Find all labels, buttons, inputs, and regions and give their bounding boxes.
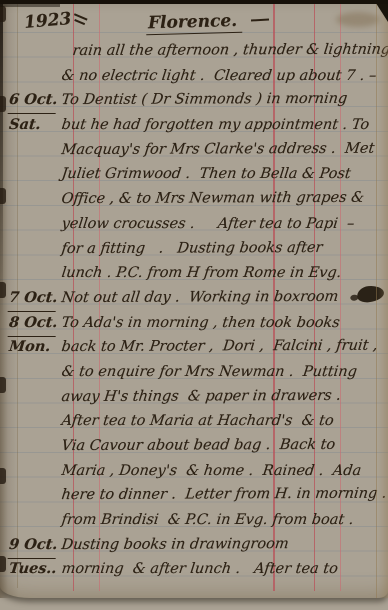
diary-line: 9 Oct. Dusting books in drawingroom [0,533,388,558]
page-edge-right [376,0,388,598]
line-text: from Brindisi & P.C. in Evg. from boat . [60,508,388,533]
margin-date [0,212,60,237]
margin-date: 7 Oct. [0,286,60,311]
diary-line: here to dinner . Letter from H. in morni… [0,483,388,508]
margin-date [0,237,60,262]
margin-date [0,483,60,508]
diary-line: away H's things & paper in drawers . [0,385,388,410]
diary-line: lunch . P.C. from H from Rome in Evg. [0,261,388,286]
page-header: 1923 Florence. [0,8,388,38]
line-text: yellow crocusses . After tea to Papi – [60,212,388,237]
line-text: morning & after lunch . After tea to [60,557,388,582]
margin-date [0,409,60,434]
margin-date [0,508,60,533]
diary-line: & to enquire for Mrs Newman . Putting [0,360,388,385]
notebook-scan: 1923 Florence. rain all the afternoon , … [0,0,388,610]
margin-date [0,39,60,64]
title-dash [251,19,269,22]
diary-line: Office , & to Mrs Newman with grapes & [0,187,388,212]
diary-line: Via Cavour about bead bag . Back to [0,434,388,459]
margin-date [0,459,60,484]
margin-date [0,434,60,459]
line-text: away H's things & paper in drawers . [60,383,388,409]
line-text: Juliet Grimwood . Then to Bella & Post [60,162,388,187]
diary-line: After tea to Maria at Hachard's & to [0,409,388,434]
line-text: Not out all day . Working in boxroom [60,284,388,310]
line-text: After tea to Maria at Hachard's & to [60,409,388,434]
place-title: Florence. [146,11,243,36]
line-text: & no electric light . Cleared up about 7… [60,64,388,89]
diary-lines: rain all the afternoon , thunder & light… [0,39,388,582]
diary-line: 7 Oct. Not out all day . Working in boxr… [0,286,388,311]
margin-date [0,64,60,89]
margin-date [0,360,60,385]
line-text: rain all the afternoon , thunder & light… [60,38,388,64]
margin-date: 6 Oct. [0,88,60,113]
diary-line: Maria , Doney's & home . Rained . Ada [0,459,388,484]
page-title: Florence. [146,12,269,34]
diary-line: Macquay's for Mrs Clarke's address . Met [0,138,388,163]
line-text: Office , & to Mrs Newman with grapes & [60,186,388,212]
margin-date: Sat. [0,113,60,138]
line-text: To Ada's in morning , then took books [60,311,388,336]
line-text: Macquay's for Mrs Clarke's address . Met [60,136,388,162]
notebook-page: 1923 Florence. rain all the afternoon , … [0,0,388,598]
line-text: Maria , Doney's & home . Rained . Ada [60,459,388,484]
diary-line: rain all the afternoon , thunder & light… [0,39,388,64]
line-text: Via Cavour about bead bag . Back to [60,433,388,459]
margin-date [0,187,60,212]
line-text: here to dinner . Letter from H. in morni… [60,482,388,508]
diary-line: Tues.. morning & after lunch . After tea… [0,557,388,582]
margin-date [0,385,60,410]
flourish-mark [74,13,92,25]
diary-line: & no electric light . Cleared up about 7… [0,64,388,89]
line-text: back to Mr. Procter , Dori , Falcini , f… [60,334,388,360]
diary-line: 8 Oct. To Ada's in morning , then took b… [0,311,388,336]
scan-edge-top-left [0,4,60,7]
margin-date [0,261,60,286]
diary-line: for a fitting . Dusting books after [0,237,388,262]
diary-line: from Brindisi & P.C. in Evg. from boat . [0,508,388,533]
diary-line: Sat. but he had forgotten my appointment… [0,113,388,138]
margin-date [0,138,60,163]
diary-line: yellow crocusses . After tea to Papi – [0,212,388,237]
year-text: 1923 [23,9,72,33]
line-text: for a fitting . Dusting books after [60,235,388,261]
margin-date: 9 Oct. [0,533,60,558]
margin-date [0,162,60,187]
line-text: To Dentist ( Dr Simmonds ) in morning [60,87,388,113]
margin-date: Mon. [0,335,60,360]
line-text: Dusting books in drawingroom [60,531,388,557]
diary-line: 6 Oct. To Dentist ( Dr Simmonds ) in mor… [0,88,388,113]
margin-date: 8 Oct. [0,311,60,336]
line-text: but he had forgotten my appointment . To [60,113,388,138]
line-text: & to enquire for Mrs Newman . Putting [60,360,388,385]
diary-line: Juliet Grimwood . Then to Bella & Post [0,162,388,187]
margin-date: Tues.. [0,557,60,582]
line-text: lunch . P.C. from H from Rome in Evg. [60,261,388,286]
year-label: 1923 [23,7,92,33]
diary-line: Mon. back to Mr. Procter , Dori , Falcin… [0,335,388,360]
